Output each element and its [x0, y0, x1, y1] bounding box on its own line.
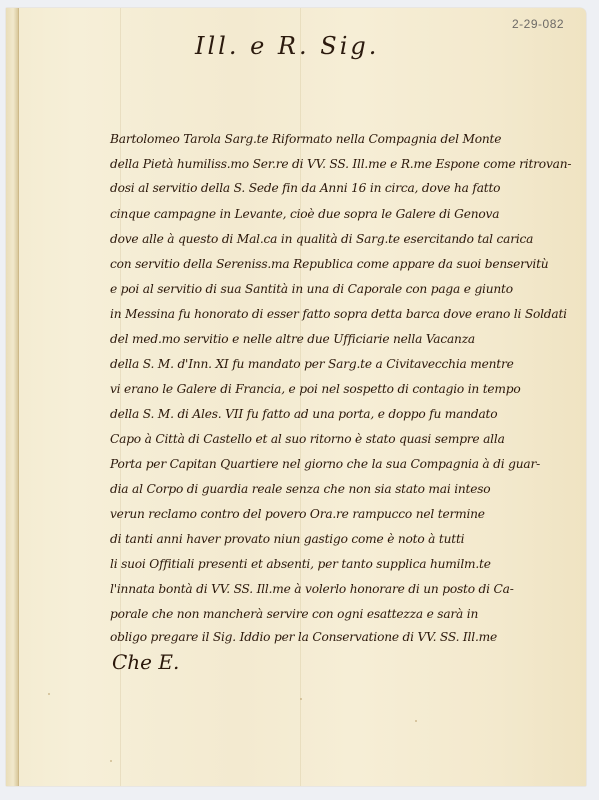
letter-line: in Messina fu honorato di esser fatto so… — [110, 307, 567, 321]
paper-crease — [300, 8, 301, 786]
paper-spot — [415, 720, 417, 722]
salutation-heading: Ill. e R. Sig. — [195, 32, 379, 60]
catalog-number: 2-29-082 — [512, 17, 564, 31]
letter-line: della Pietà humiliss.mo Ser.re di VV. SS… — [110, 157, 571, 171]
letter-line: l'innata bontà di VV. SS. Ill.me à voler… — [110, 582, 514, 596]
paper-spot — [300, 698, 302, 700]
letter-line: con servitio della Sereniss.ma Republica… — [110, 257, 548, 271]
letter-line: della S. M. d'Inn. XI fu mandato per Sar… — [110, 357, 514, 371]
letter-line: verun reclamo contro del povero Ora.re r… — [110, 507, 485, 521]
letter-line: del med.mo servitio e nelle altre due Uf… — [110, 332, 475, 346]
letter-line: porale che non mancherà servire con ogni… — [110, 607, 478, 621]
manuscript-page — [6, 8, 586, 786]
letter-line: dia al Corpo di guardia reale senza che … — [110, 482, 490, 496]
letter-line: dove alle à questo di Mal.ca in qualità … — [110, 232, 533, 246]
letter-line: di tanti anni haver provato niun gastigo… — [110, 532, 464, 546]
letter-line: della S. M. di Ales. VII fu fatto ad una… — [110, 407, 497, 421]
letter-line: obligo pregare il Sig. Iddio per la Cons… — [110, 630, 497, 644]
letter-line: vi erano le Galere di Francia, e poi nel… — [110, 382, 521, 396]
letter-line: e poi al servitio di sua Santità in una … — [110, 282, 513, 296]
closing-mark: Che E. — [112, 650, 179, 674]
letter-line: Capo à Città di Castello et al suo ritor… — [110, 432, 505, 446]
letter-line: li suoi Offitiali presenti et absenti, p… — [110, 557, 491, 571]
letter-line: dosi al servitio della S. Sede fin da An… — [110, 181, 500, 195]
letter-line: Bartolomeo Tarola Sarg.te Riformato nell… — [110, 132, 501, 146]
letter-line: cinque campagne in Levante, cioè due sop… — [110, 207, 499, 221]
page-fold-edge — [6, 8, 19, 786]
paper-spot — [48, 693, 50, 695]
paper-spot — [110, 760, 112, 762]
letter-line: Porta per Capitan Quartiere nel giorno c… — [110, 457, 540, 471]
